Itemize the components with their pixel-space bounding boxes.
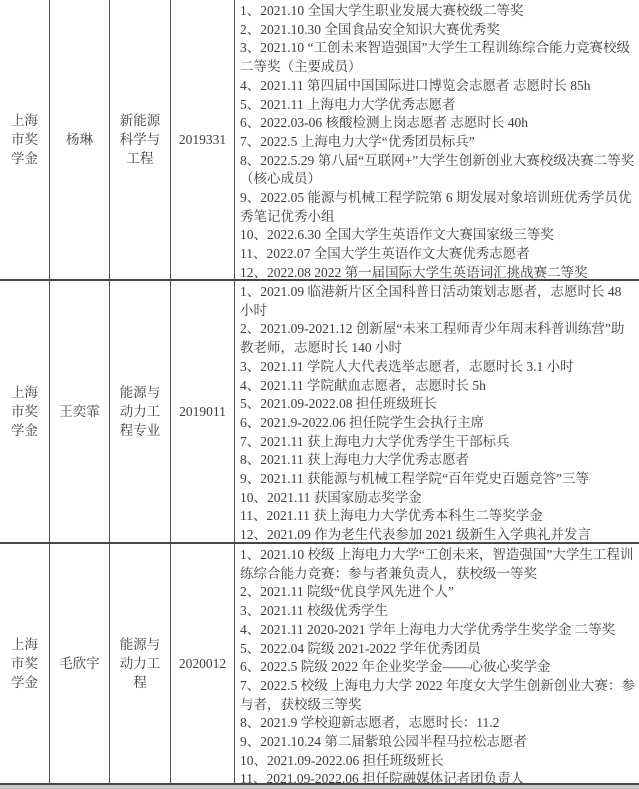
- scholarship-label: 上海市奖学金: [10, 635, 40, 692]
- award-item: 8、2021.11 获上海电力大学优秀志愿者: [240, 451, 637, 470]
- award-item: 6、2022.03-06 核酸检测上岗志愿者 志愿时长 40h: [240, 114, 637, 133]
- awards-cell: 1、2021.10 全国大学生职业发展大赛校级二等奖2、2021.10.30 全…: [235, 0, 639, 279]
- award-item: 12、2022.08 2022 第一届国际大学生英语词汇挑战赛二等奖: [240, 264, 637, 279]
- award-item: 2、2021.09-2021.12 创新屋“未来工程师青少年周末科普训练营”助教…: [240, 320, 637, 357]
- award-item: 10、2021.11 获国家励志奖学金: [240, 489, 637, 508]
- scholarship-label: 上海市奖学金: [10, 111, 40, 168]
- award-item: 5、2021.09-2022.08 担任班级班长: [240, 395, 637, 414]
- scholarship-label: 上海市奖学金: [10, 383, 40, 440]
- award-item: 10、2022.6.30 全国大学生英语作文大赛国家级三等奖: [240, 226, 637, 245]
- page-bottom-strip: [0, 785, 639, 789]
- award-item: 11、2021.11 获上海电力大学优秀本科生二等奖学金: [240, 507, 637, 526]
- award-item: 6、2021.9-2022.06 担任院学生会执行主席: [240, 414, 637, 433]
- major-label: 能源与动力工程专业: [119, 383, 161, 440]
- student-id: 2019331: [179, 130, 226, 149]
- award-item: 9、2021.10.24 第二届紫琅公园半程马拉松志愿者: [240, 733, 637, 752]
- award-item: 2、2021.11 院级“优良学风先进个人”: [240, 583, 637, 602]
- student-id-cell: 2019331: [171, 0, 235, 279]
- student-id: 2020012: [179, 654, 226, 673]
- award-item: 2、2021.10.30 全国食品安全知识大赛优秀奖: [240, 21, 637, 40]
- major-cell: 能源与动力工程专业: [110, 281, 171, 542]
- scholarship-table-page: 上海市奖学金 杨琳 新能源科学与工程 2019331 1、2021.10 全国大…: [0, 0, 639, 789]
- award-item: 1、2021.09 临港新片区全国科普日活动策划志愿者，志愿时长 48 小时: [240, 283, 637, 320]
- award-item: 3、2021.11 校级优秀学生: [240, 602, 637, 621]
- table-row: 上海市奖学金 杨琳 新能源科学与工程 2019331 1、2021.10 全国大…: [0, 0, 639, 281]
- award-item: 11、2021.09-2022.06 担任院融媒体记者团负责人: [240, 770, 637, 783]
- student-id: 2019011: [179, 402, 226, 421]
- award-item: 5、2022.04 院级 2021-2022 学年优秀团员: [240, 640, 637, 659]
- award-item: 4、2021.11 第四届中国国际进口博览会志愿者 志愿时长 85h: [240, 77, 637, 96]
- awards-cell: 1、2021.10 校级 上海电力大学“工创未来，智造强国”大学生工程训练综合能…: [235, 544, 639, 783]
- award-item: 9、2021.11 获能源与机械工程学院“百年党史百题竞答”三等: [240, 470, 637, 489]
- awards-cell: 1、2021.09 临港新片区全国科普日活动策划志愿者，志愿时长 48 小时2、…: [235, 281, 639, 542]
- scholarship-cell: 上海市奖学金: [0, 544, 50, 783]
- scholarship-cell: 上海市奖学金: [0, 281, 50, 542]
- student-name-cell: 王奕霏: [50, 281, 110, 542]
- award-item: 5、2021.11 上海电力大学优秀志愿者: [240, 96, 637, 115]
- award-item: 12、2021.09 作为老生代表参加 2021 级新生入学典礼并发言: [240, 526, 637, 542]
- award-item: 1、2021.10 校级 上海电力大学“工创未来，智造强国”大学生工程训练综合能…: [240, 546, 637, 583]
- student-name-cell: 杨琳: [50, 0, 110, 279]
- award-item: 3、2021.11 学院人大代表选举志愿者，志愿时长 3.1 小时: [240, 358, 637, 377]
- major-label: 新能源科学与工程: [119, 111, 161, 168]
- major-cell: 能源与动力工程: [110, 544, 171, 783]
- award-item: 4、2021.11 2020-2021 学年上海电力大学优秀学生奖学金 二等奖: [240, 621, 637, 640]
- award-item: 8、2022.5.29 第八届“互联网+”大学生创新创业大赛校级决赛二等奖（核心…: [240, 152, 637, 189]
- student-id-cell: 2019011: [171, 281, 235, 542]
- award-item: 9、2022.05 能源与机械工程学院第 6 期发展对象培训班优秀学员优秀笔记优…: [240, 189, 637, 226]
- major-label: 能源与动力工程: [119, 635, 161, 692]
- student-name: 杨琳: [66, 130, 93, 149]
- award-item: 11、2022.07 全国大学生英语作文大赛优秀志愿者: [240, 245, 637, 264]
- major-cell: 新能源科学与工程: [110, 0, 171, 279]
- award-item: 7、2022.5 上海电力大学“优秀团员标兵”: [240, 133, 637, 152]
- award-item: 4、2021.11 学院献血志愿者，志愿时长 5h: [240, 377, 637, 396]
- award-item: 3、2021.10 “工创未来智造强国”大学生工程训练综合能力竞赛校级二等奖（主…: [240, 39, 637, 76]
- student-name-cell: 毛欣宇: [50, 544, 110, 783]
- table-row: 上海市奖学金 毛欣宇 能源与动力工程 2020012 1、2021.10 校级 …: [0, 544, 639, 785]
- award-item: 8、2021.9 学校迎新志愿者，志愿时长：11.2: [240, 714, 637, 733]
- student-name: 王奕霏: [59, 402, 100, 421]
- table-row: 上海市奖学金 王奕霏 能源与动力工程专业 2019011 1、2021.09 临…: [0, 281, 639, 544]
- award-item: 1、2021.10 全国大学生职业发展大赛校级二等奖: [240, 2, 637, 21]
- student-name: 毛欣宇: [59, 654, 100, 673]
- student-id-cell: 2020012: [171, 544, 235, 783]
- award-item: 7、2021.11 获上海电力大学优秀学生干部标兵: [240, 433, 637, 452]
- award-item: 7、2022.5 校级 上海电力大学 2022 年度女大学生创新创业大赛：参与者…: [240, 677, 637, 714]
- scholarship-cell: 上海市奖学金: [0, 0, 50, 279]
- award-item: 6、2022.5 院级 2022 年企业奖学金——心彼心奖学金: [240, 658, 637, 677]
- award-item: 10、2021.09-2022.06 担任班级班长: [240, 752, 637, 771]
